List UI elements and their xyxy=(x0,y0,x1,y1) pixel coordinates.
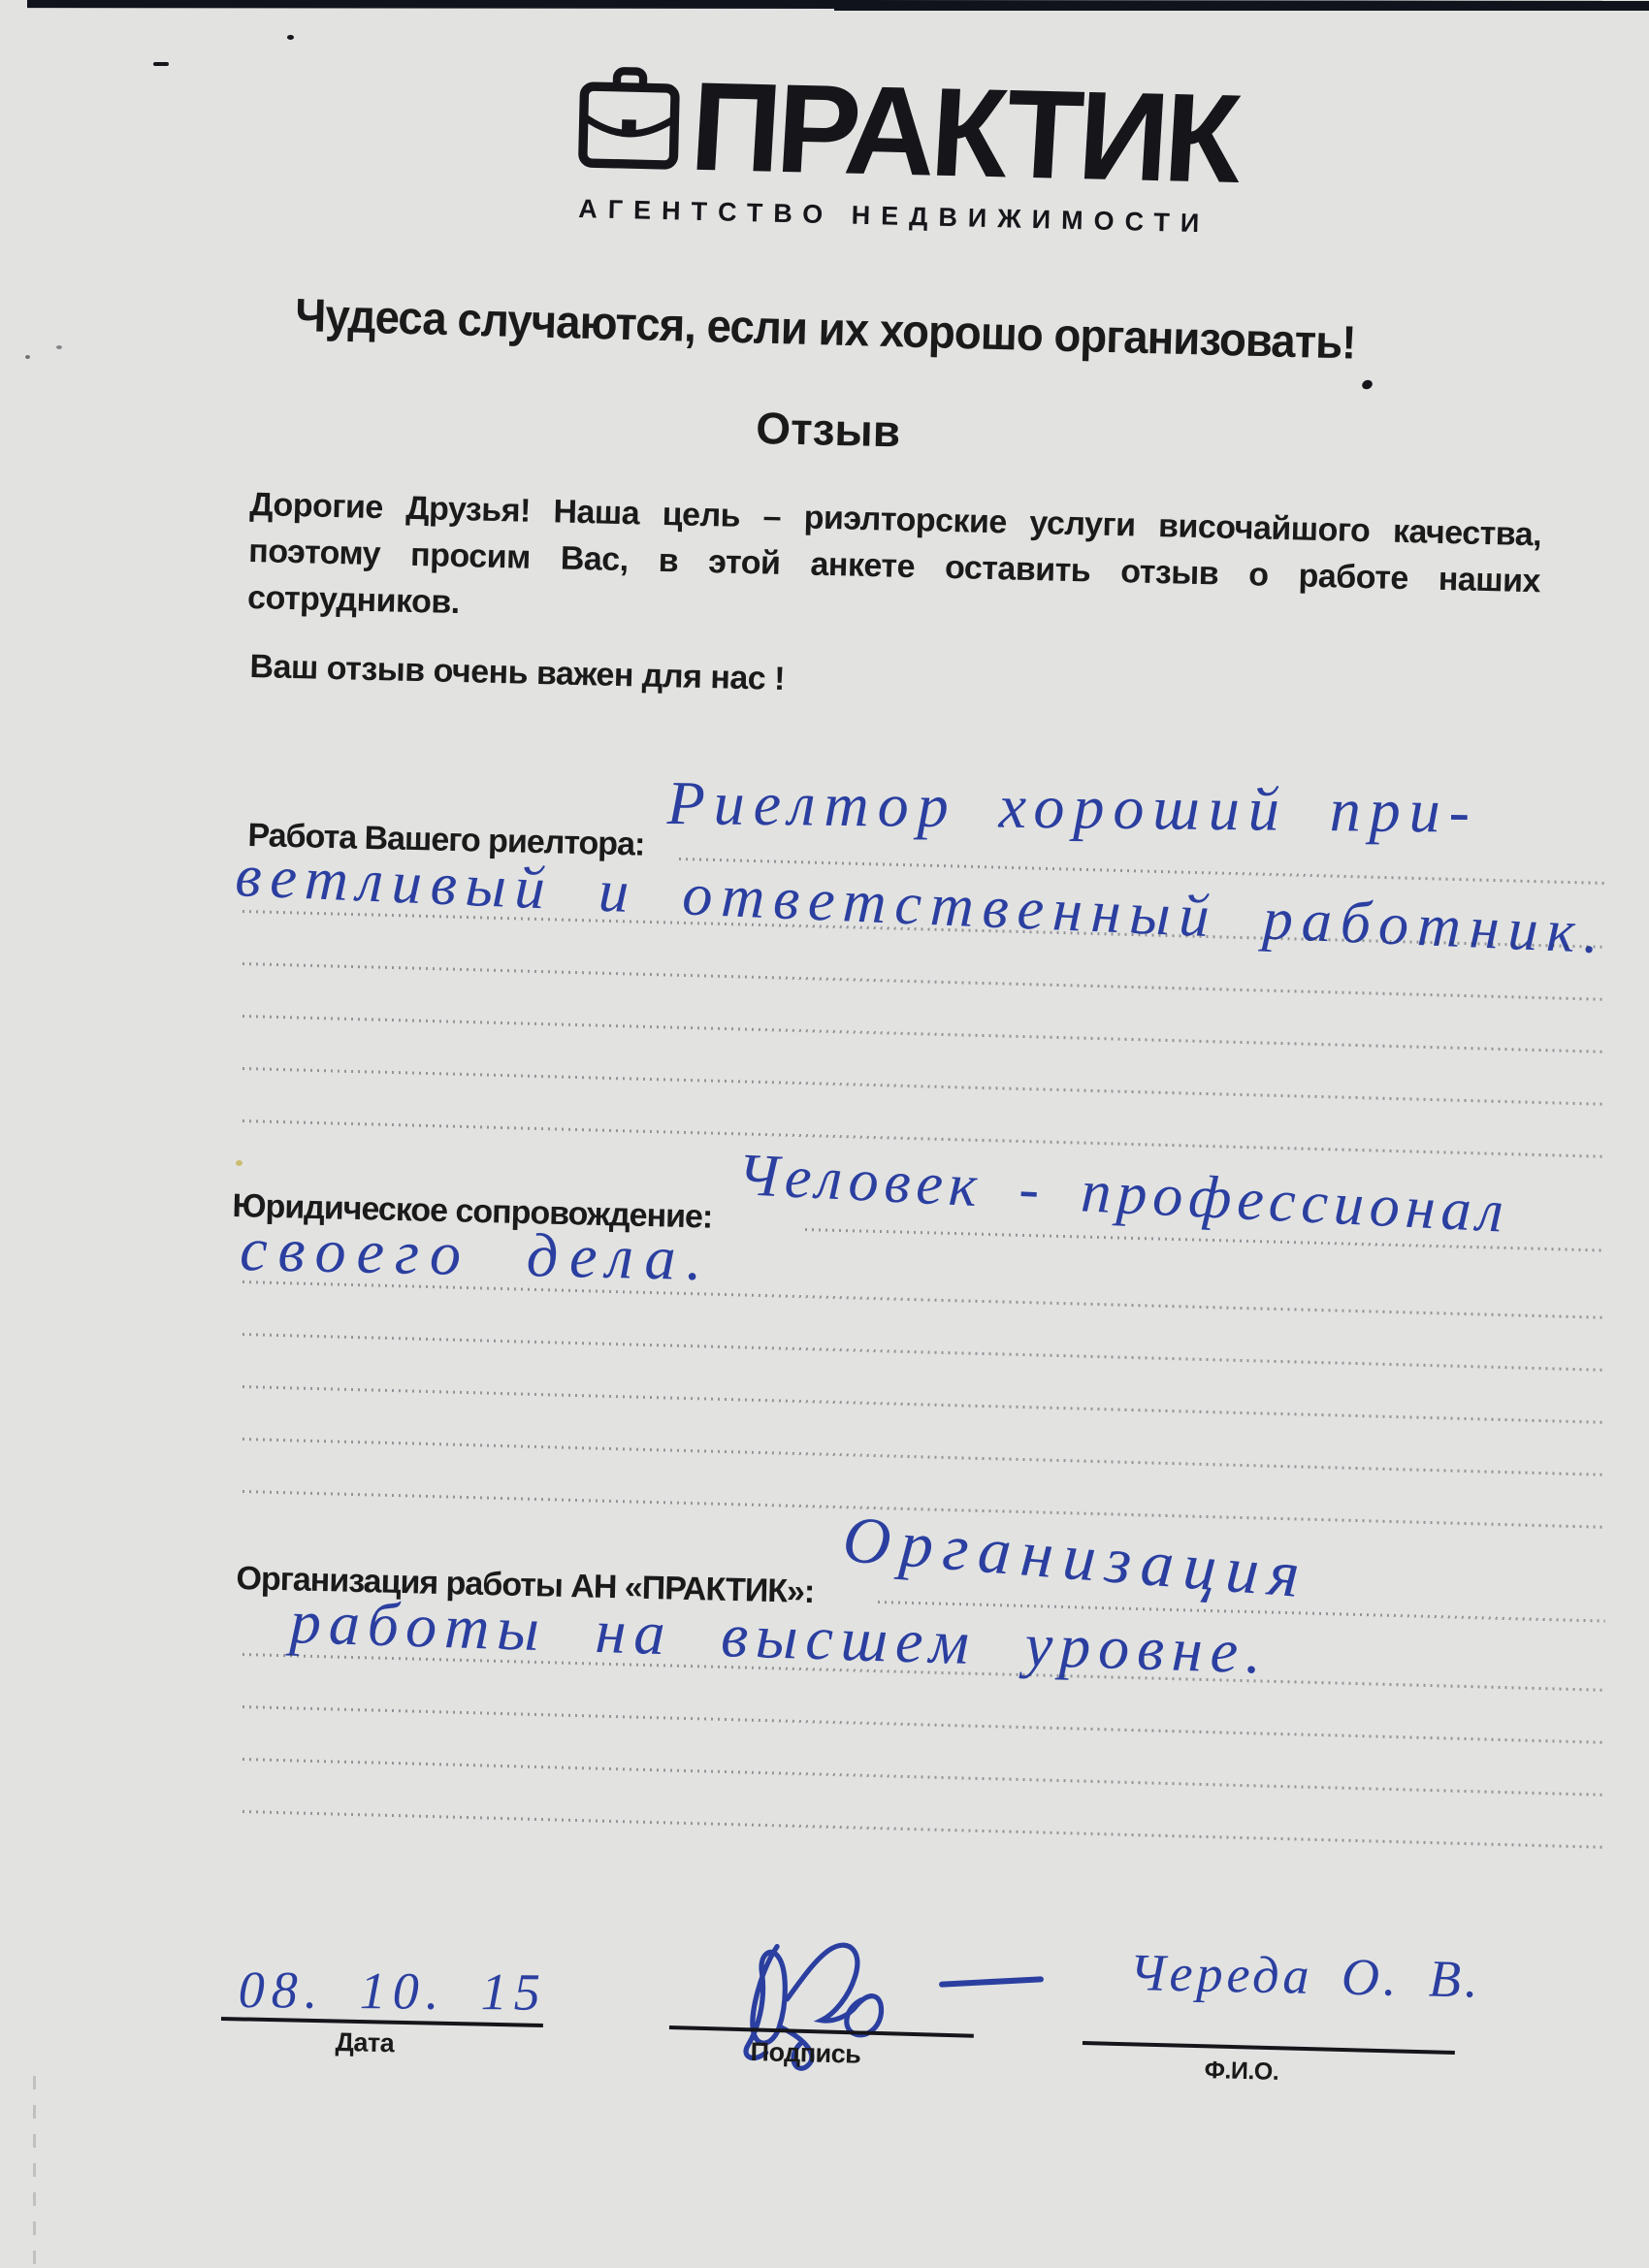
intro-paragraph: Дорогие Друзья! Наша цель – риэлторские … xyxy=(247,481,1542,651)
dotted-answer-line xyxy=(242,1333,1605,1372)
handwritten-answer: Риелтор хороший при- xyxy=(666,772,1478,843)
scan-edge-artifact xyxy=(834,7,1649,11)
agency-logo: ПРАКТИК АГЕНТСТВО НЕДВИЖИМОСТИ xyxy=(576,60,1215,239)
scan-speck xyxy=(25,355,30,359)
dotted-answer-line xyxy=(242,1280,1605,1319)
dotted-answer-line xyxy=(242,1705,1605,1744)
date-label: Дата xyxy=(335,2027,394,2058)
handwritten-name: Череда О. В. xyxy=(1129,1946,1482,2006)
signature-label: Подпись xyxy=(750,2037,860,2070)
handwritten-answer: своего дела. xyxy=(240,1218,714,1290)
dotted-answer-line xyxy=(242,1015,1605,1053)
scan-speck xyxy=(1361,378,1374,391)
name-label: Ф.И.О. xyxy=(1204,2057,1278,2087)
form-title: Отзыв xyxy=(756,402,901,457)
name-line xyxy=(1083,2041,1455,2055)
dotted-answer-line xyxy=(242,1385,1605,1424)
briefcase-icon xyxy=(577,60,681,175)
intro-note: Ваш отзыв очень важен для нас ! xyxy=(249,648,785,698)
logo-name: ПРАКТИК xyxy=(688,63,1241,202)
scanned-feedback-form: ПРАКТИК АГЕНТСТВО НЕДВИЖИМОСТИ Чудеса сл… xyxy=(0,0,1649,2268)
handwritten-answer: Организация xyxy=(841,1506,1311,1608)
scan-speck xyxy=(287,35,294,40)
scan-speck xyxy=(236,1160,242,1166)
scan-speck xyxy=(56,345,62,349)
dotted-answer-line xyxy=(242,1438,1605,1476)
dotted-answer-line xyxy=(242,962,1605,1001)
dotted-answer-line xyxy=(242,1067,1605,1106)
dotted-answer-line xyxy=(242,1758,1605,1797)
handwritten-dash xyxy=(939,1976,1044,1988)
scan-streak-artifact xyxy=(33,2076,36,2268)
dotted-answer-line xyxy=(242,1810,1605,1849)
scan-speck xyxy=(153,62,169,66)
headline: Чудеса случаются, если их хорошо организ… xyxy=(295,289,1357,371)
handwritten-answer: Человек - профессионал xyxy=(736,1145,1510,1243)
handwritten-date: 08. 10. 15 xyxy=(239,1963,547,2019)
